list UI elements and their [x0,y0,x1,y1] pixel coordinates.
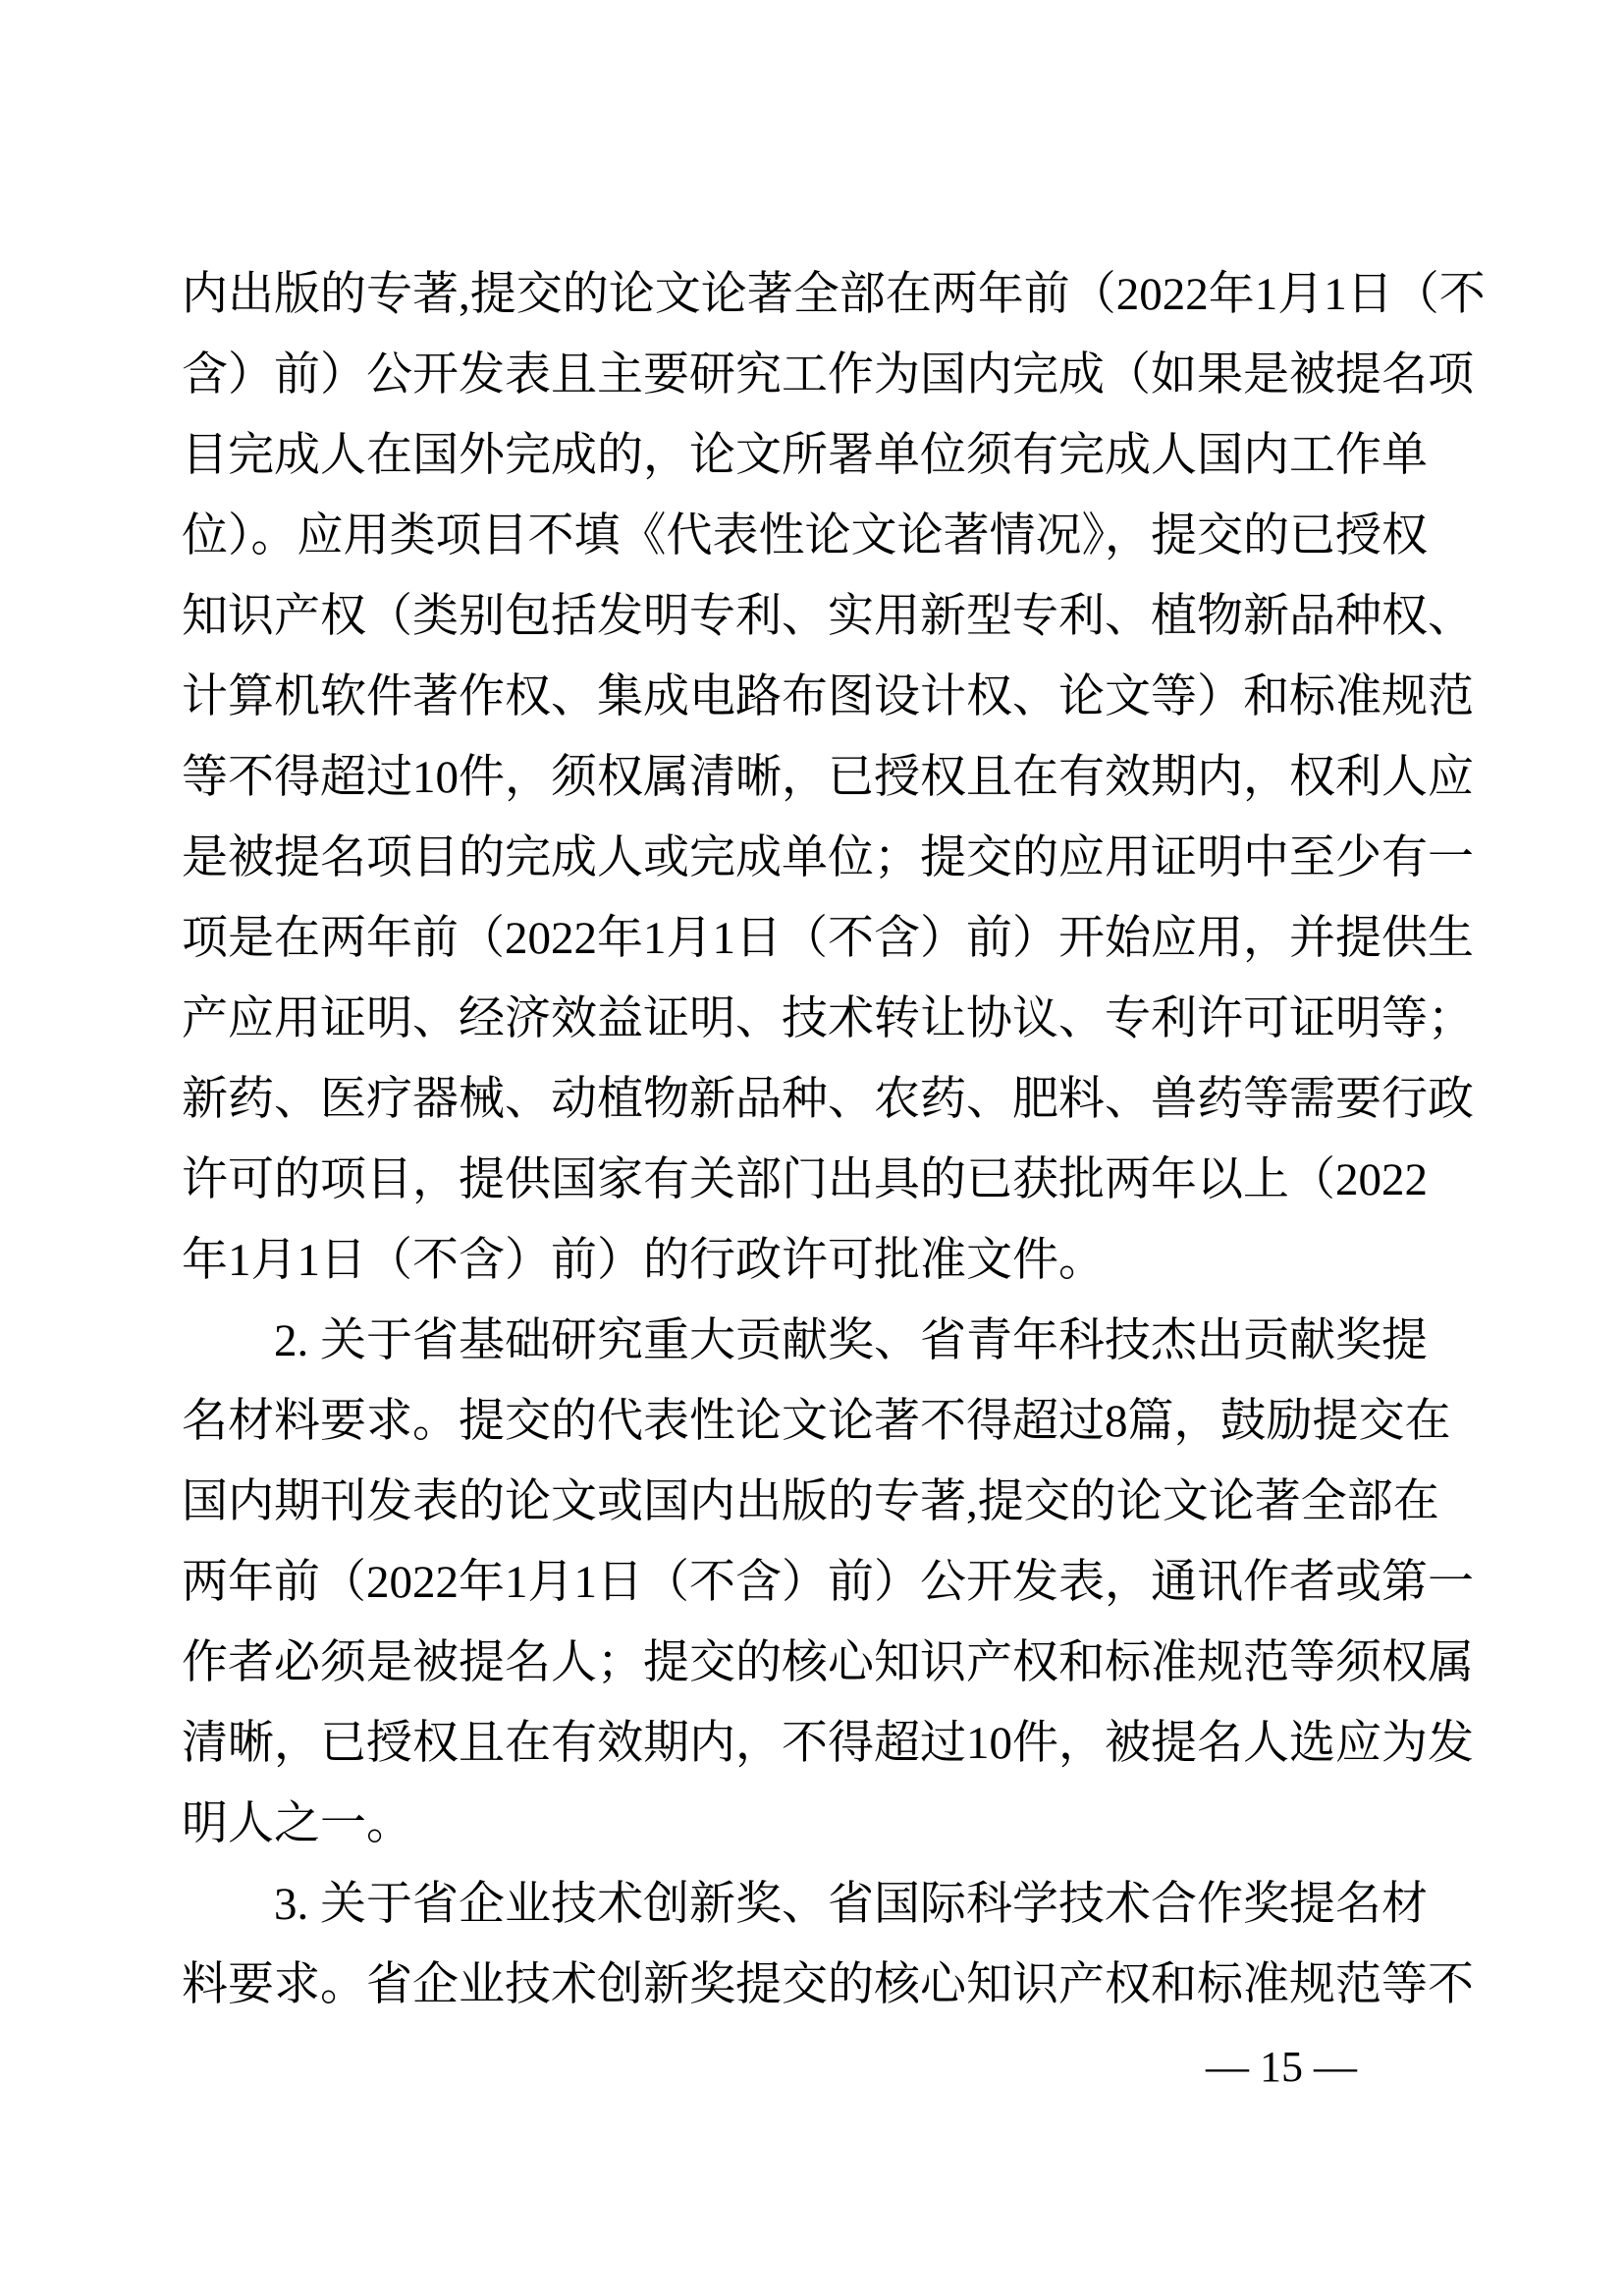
text-line: 国内期刊发表的论文或国内出版的专著,提交的论文论著全部在 [182,1462,1488,1542]
text-line: 新药、医疗器械、动植物新品种、农药、肥料、兽药等需要行政 [182,1059,1488,1140]
text-line-paragraph-2-start: 2. 关于省基础研究重大贡献奖、省青年科技杰出贡献奖提 [182,1301,1488,1381]
text-line: 目完成人在国外完成的，论文所署单位须有完成人国内工作单 [182,415,1488,496]
text-line: 产应用证明、经济效益证明、技术转让协议、专利许可证明等； [182,979,1488,1059]
text-line: 年1月1日（不含）前）的行政许可批准文件。 [182,1220,1488,1301]
text-line: 含）前）公开发表且主要研究工作为国内完成（如果是被提名项 [182,335,1488,415]
text-line: 许可的项目，提供国家有关部门出具的已获批两年以上（2022 [182,1140,1488,1220]
page-number: — 15 — [1206,2040,1357,2095]
text-line: 内出版的专著,提交的论文论著全部在两年前（2022年1月1日（不 [182,254,1488,335]
text-line: 项是在两年前（2022年1月1日（不含）前）开始应用，并提供生 [182,898,1488,979]
text-line: 清晰，已授权且在有效期内，不得超过10件，被提名人选应为发 [182,1703,1488,1784]
document-page: 内出版的专著,提交的论文论著全部在两年前（2022年1月1日（不 含）前）公开发… [0,0,1624,2296]
text-line-paragraph-3-start: 3. 关于省企业技术创新奖、省国际科学技术合作奖提名材 [182,1864,1488,1945]
text-line: 知识产权（类别包括发明专利、实用新型专利、植物新品种权、 [182,576,1488,657]
text-line: 位）。应用类项目不填《代表性论文论著情况》，提交的已授权 [182,496,1488,576]
text-line: 等不得超过10件，须权属清晰，已授权且在有效期内，权利人应 [182,737,1488,818]
text-line: 是被提名项目的完成人或完成单位；提交的应用证明中至少有一 [182,818,1488,898]
text-line: 名材料要求。提交的代表性论文论著不得超过8篇，鼓励提交在 [182,1381,1488,1462]
text-line: 料要求。省企业技术创新奖提交的核心知识产权和标准规范等不 [182,1945,1488,2025]
text-line: 两年前（2022年1月1日（不含）前）公开发表，通讯作者或第一 [182,1542,1488,1623]
text-line: 作者必须是被提名人；提交的核心知识产权和标准规范等须权属 [182,1623,1488,1703]
text-line: 明人之一。 [182,1784,1488,1864]
text-line: 计算机软件著作权、集成电路布图设计权、论文等）和标准规范 [182,657,1488,737]
text-block: 内出版的专著,提交的论文论著全部在两年前（2022年1月1日（不 含）前）公开发… [182,254,1488,2025]
